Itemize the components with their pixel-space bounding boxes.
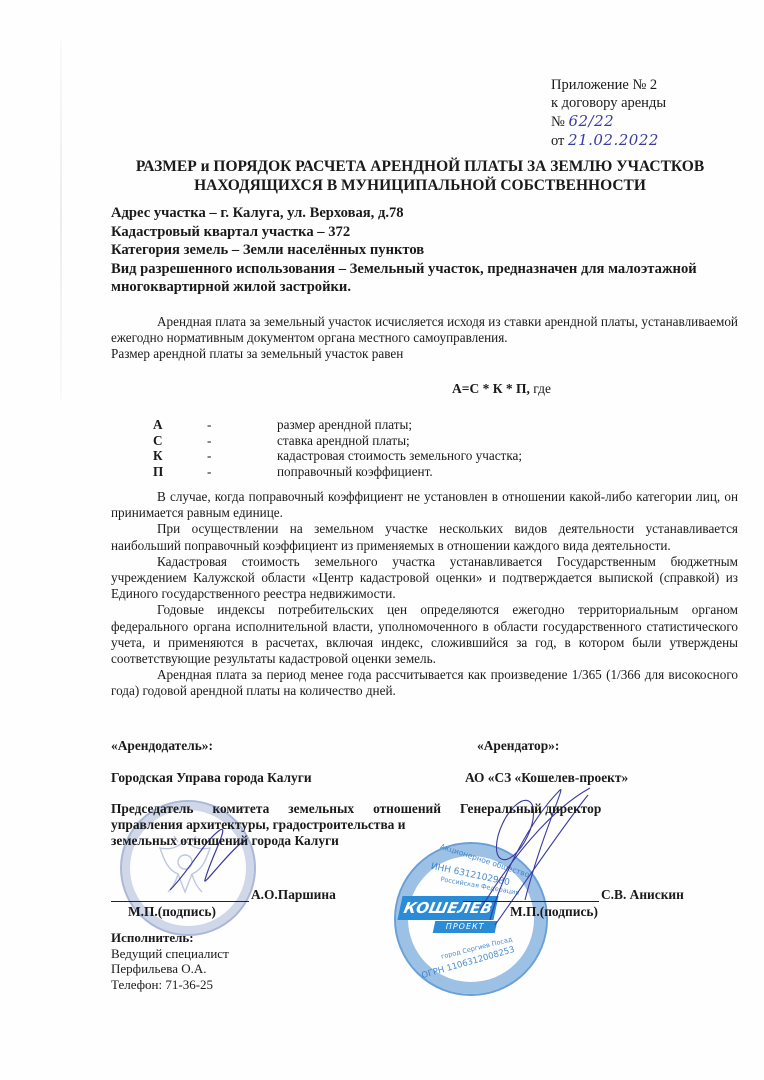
document-page: Приложение № 2 к договору аренды № 62/22… <box>0 0 764 1080</box>
executor-block: Исполнитель: Ведущий специалист Перфилье… <box>111 930 229 992</box>
legend-dash: - <box>203 417 277 433</box>
parcel-cadastral-block: Кадастровый квартал участка – 372 <box>111 223 741 242</box>
intro-section: Арендная плата за земельный участок исчи… <box>111 314 738 363</box>
parcel-land-category: Категория земель – Земли населённых пунк… <box>111 241 741 260</box>
landlord-organization: Городская Управа города Калуги <box>111 770 312 786</box>
paragraph: Годовые индексы потребительских цен опре… <box>111 602 738 667</box>
formula-legend: А - размер арендной платы; С - ставка ар… <box>153 417 522 479</box>
legend-description: размер арендной платы; <box>277 417 412 433</box>
legend-row: А - размер арендной платы; <box>153 417 522 433</box>
title-line-2: НАХОДЯЩИХСЯ В МУНИЦИПАЛЬНОЙ СОБСТВЕННОСТ… <box>100 176 740 195</box>
parcel-info: Адрес участка – г. Калуга, ул. Верховая,… <box>111 204 741 297</box>
landlord-position-line-3: земельных отношений города Калуги <box>111 833 441 849</box>
title-line-1: РАЗМЕР и ПОРЯДОК РАСЧЕТА АРЕНДНОЙ ПЛАТЫ … <box>100 157 740 176</box>
legend-symbol: С <box>153 433 203 449</box>
landlord-role: «Арендодатель»: <box>111 738 213 754</box>
landlord-position-line-2: управления архитектуры, градостроительст… <box>111 817 441 833</box>
tenant-seal-label: М.П.(подпись) <box>510 904 598 920</box>
contract-date-line: от 21.02.2022 <box>551 131 666 150</box>
executor-position: Ведущий специалист <box>111 946 229 962</box>
landlord-position-line-1: Председатель комитета земельных отношени… <box>111 801 441 817</box>
legend-symbol: А <box>153 417 203 433</box>
legend-row: С - ставка арендной платы; <box>153 433 522 449</box>
executor-name: Перфильева О.А. <box>111 961 229 977</box>
legend-dash: - <box>203 433 277 449</box>
legend-symbol: П <box>153 464 203 480</box>
document-title: РАЗМЕР и ПОРЯДОК РАСЧЕТА АРЕНДНОЙ ПЛАТЫ … <box>100 157 740 195</box>
legend-dash: - <box>203 448 277 464</box>
landlord-seal-label: М.П.(подпись) <box>128 904 216 920</box>
paragraph: Кадастровая стоимость земельного участка… <box>111 554 738 603</box>
stamp-brand-logo: КОШЕЛЕВ <box>397 896 498 920</box>
tenant-position: Генеральный директор <box>460 801 601 817</box>
number-prefix: № <box>551 114 565 130</box>
tenant-signatory: С.В. Анискин <box>601 887 684 903</box>
paragraph: При осуществлении на земельном участке н… <box>111 521 738 553</box>
landlord-signature-line <box>111 901 249 902</box>
legend-description: поправочный коэффициент. <box>277 464 433 480</box>
formula-expression: А=С * К * П, <box>452 381 530 396</box>
legend-dash: - <box>203 464 277 480</box>
parcel-address: Адрес участка – г. Калуга, ул. Верховая,… <box>111 204 741 223</box>
date-prefix: от <box>551 133 564 149</box>
paragraph: В случае, когда поправочный коэффициент … <box>111 489 738 521</box>
landlord-signatory: А.О.Паршина <box>251 887 336 903</box>
appendix-number: Приложение № 2 <box>551 76 666 94</box>
scan-artifact <box>60 40 62 400</box>
legend-description: кадастровая стоимость земельного участка… <box>277 448 522 464</box>
tenant-role: «Арендатор»: <box>477 738 559 754</box>
legend-symbol: К <box>153 448 203 464</box>
executor-label: Исполнитель: <box>111 930 229 946</box>
appendix-contract-ref: к договору аренды <box>551 94 666 112</box>
stamp-brand-sub: ПРОЕКТ <box>433 921 498 933</box>
formula-suffix: где <box>530 381 551 396</box>
contract-date-handwritten: 21.02.2022 <box>568 131 659 149</box>
tenant-organization: АО «СЗ «Кошелев-проект» <box>465 770 628 786</box>
parcel-permitted-use-cont: многоквартирной жилой застройки. <box>111 278 741 297</box>
executor-phone: Телефон: 71-36-25 <box>111 977 229 993</box>
legend-description: ставка арендной платы; <box>277 433 410 449</box>
appendix-header: Приложение № 2 к договору аренды № 62/22… <box>551 76 666 150</box>
landlord-position: Председатель комитета земельных отношени… <box>111 801 441 849</box>
parcel-permitted-use: Вид разрешенного использования – Земельн… <box>111 260 741 279</box>
body-paragraphs: В случае, когда поправочный коэффициент … <box>111 489 738 700</box>
legend-row: П - поправочный коэффициент. <box>153 464 522 480</box>
contract-number-line: № 62/22 <box>551 112 666 131</box>
paragraph: Арендная плата за период менее года расс… <box>111 667 738 699</box>
contract-number-handwritten: 62/22 <box>568 112 614 130</box>
legend-row: К - кадастровая стоимость земельного уча… <box>153 448 522 464</box>
tenant-signature-line <box>463 901 599 902</box>
intro-paragraph: Арендная плата за земельный участок исчи… <box>111 314 738 346</box>
intro-rent-size: Размер арендной платы за земельный участ… <box>111 346 738 362</box>
rent-formula: А=С * К * П, где <box>111 381 551 397</box>
